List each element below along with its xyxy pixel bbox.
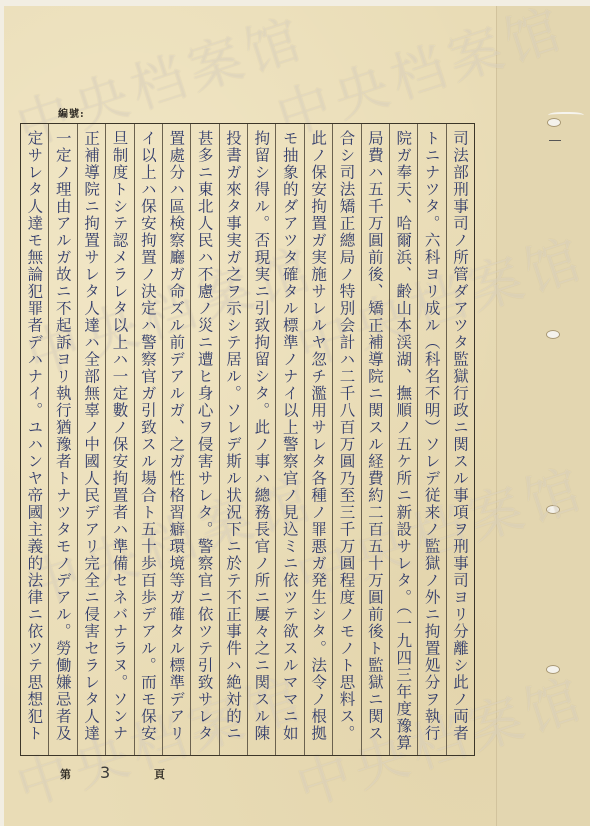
text-column: 合シ司法矯正總局ノ特別会計ハ二千八百万圓乃至三千万圓程度ノモノト思料ス。 [332,124,360,755]
text-column: 旦制度トシテ認メラレタ以上ハ一定數ノ保安拘置者ハ準備セネバナラヌ。ソンナ事ヨリハ… [105,124,133,755]
text-column: 局費ハ五千万圓前後、矯正補導院ニ関スル経費約二百五十万圓前後ト監獄ニ関スル経費ト [361,124,389,755]
binding-hole [546,665,560,674]
text-column: 投書ガ來タ事実ガ之ヲ示シテ居ル。ソレデ斯ル状況下ニ於テ不正事件ハ絶対的ニ附物デア… [219,124,247,755]
page-prefix: 第 [60,766,71,782]
text-column: 置處分ハ區検察廳ガ命ズル前デアルガ、之ガ性格習癖環境等ガ確タル標準デアリ得ナ [162,124,190,755]
serial-number-label: 編號: [58,105,85,120]
text-column: 拘留シ得ル。否現実ニ引致拘留シタ。此ノ事ハ總務長官ノ所ニ屢々之ニ関スル陳情ガアリ… [247,124,275,755]
manuscript-grid: 司法部刑事司ノ所管ダアツタ監獄行政ニ関スル事項ヲ刑事司ヨリ分離シ此ノ両者ヲ所管ス… [20,123,475,756]
page-number: 3 [100,763,110,782]
binding-hole [546,505,560,514]
text-column: 甚多ニ東北人民ハ不慮ノ災ニ遭ヒ身心ヲ侵害サレタ。警察官ニ依ツテ引致サレタ者ノ保安… [190,124,218,755]
page-suffix: 頁 [154,766,165,782]
binding-strip [496,6,590,826]
binding-hole [546,330,560,339]
margin-mark [549,140,561,141]
text-column: 此ノ保安拘置ガ実施サレルヤ忽チ濫用サレタ各種ノ罪悪ガ発生シタ。法令ノ根拠ガアル以… [304,124,332,755]
text-column: 院ガ奉天、哈爾浜、齢山本渓湖、撫順ノ五ケ所ニ新設サレタ。（一九四三年度豫算ハ司法… [389,124,417,755]
text-column: 一定ノ理由アルガ故ニ不起訴ヨリ執行猶豫者トナツタモノデアル。勞働嫌忌者及浮浪人ト… [48,124,76,755]
text-column: トニナツタ。六科ヨリ成ル（科名不明）ソレデ従来ノ監獄ノ外ニ拘置処分ヲ執行スル為ニ… [417,124,445,755]
text-column: 司法部刑事司ノ所管ダアツタ監獄行政ニ関スル事項ヲ刑事司ヨリ分離シ此ノ両者ヲ所管ス… [446,124,474,755]
text-column: 正補導院ニ拘置サレタ人達ハ全部無辜ノ中國人民デアリ完全ニ侵害セラレタ人達デアル。 [77,124,105,755]
text-column: 定サレタ人達モ無論犯罪者デハナイ。ユハンヤ帝國主義的法律ニ依ツテ思想犯トナツタ犯… [21,124,48,755]
text-column: イ以上ハ保安拘置ノ決定ハ警察官ガ引致スル場合ト五十歩百歩デアル。而モ保安拘置ガ一 [134,124,162,755]
text-column: モ抽象的ダアツタ確タル標準ノナイ以上警察官ノ見込ミニ依ツテ欲スルママニ如何ナル人… [275,124,303,755]
binding-hole [547,118,561,127]
